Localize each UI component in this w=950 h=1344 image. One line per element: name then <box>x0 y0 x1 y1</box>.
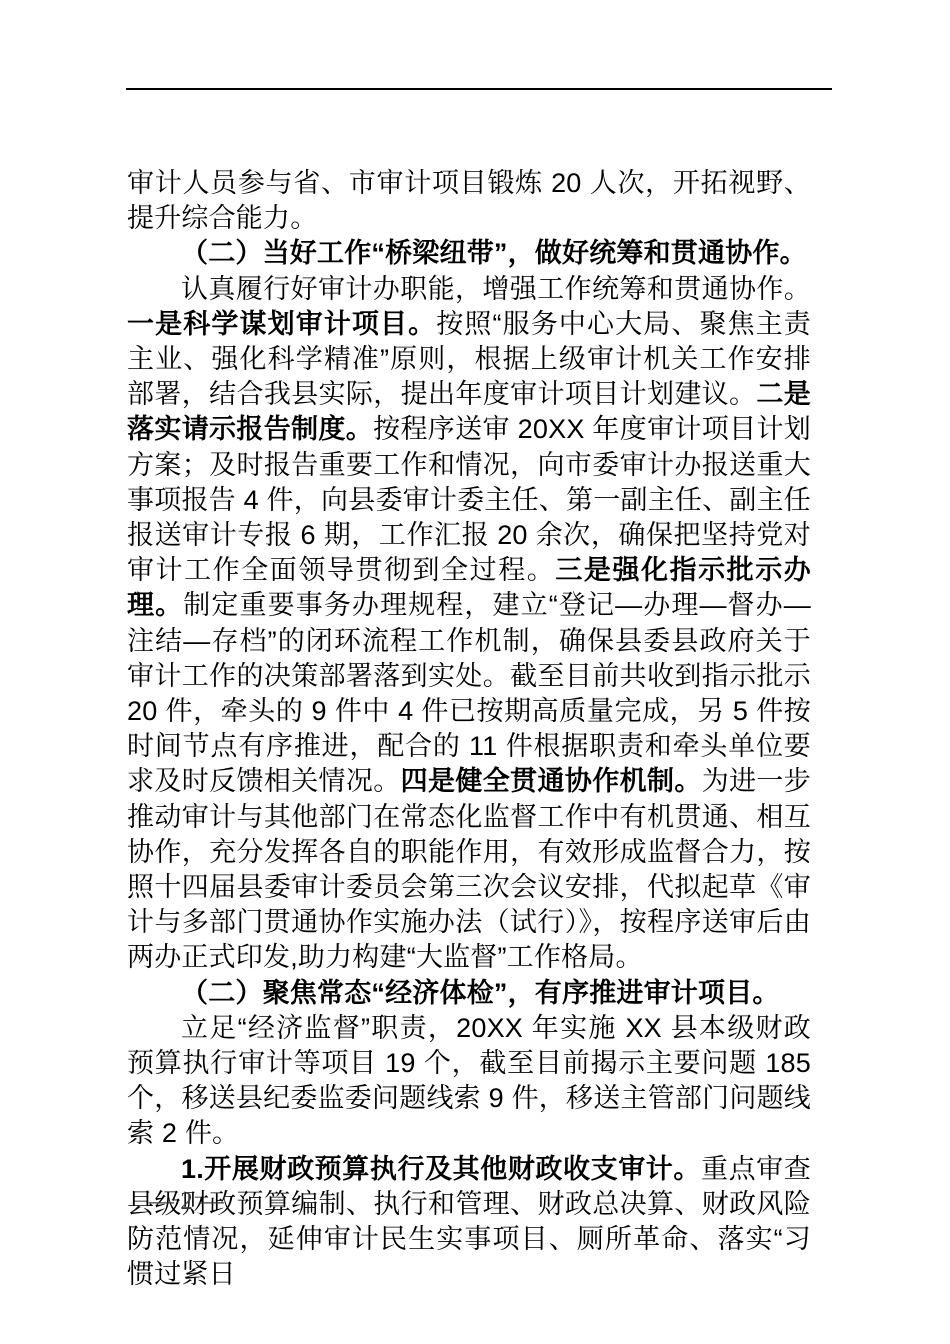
emphasis-text-run: （二）聚焦常态“经济体检”，有序推进审计项目。 <box>181 978 780 1008</box>
text-run: 审计人员参与省、市审计项目锻炼 20 人次，开拓视野、提升综合能力。 <box>127 168 811 233</box>
section-heading: （二）当好工作“桥梁纽带”，做好统筹和贯通协作。 <box>127 236 811 271</box>
emphasis-text-run: 一是科学谋划审计项目。 <box>127 309 436 339</box>
emphasis-text-run: 四是健全贯通协作机制。 <box>401 766 702 796</box>
document-body: 审计人员参与省、市审计项目锻炼 20 人次，开拓视野、提升综合能力。（二）当好工… <box>127 166 811 1293</box>
text-run: 立足“经济监督”职责，20XX 年实施 XX 县本级财政预算执行审计等项目 19… <box>127 1013 811 1149</box>
emphasis-text-run: 1.开展财政预算执行及其他财政收支审计。 <box>181 1154 701 1184</box>
section-heading: （二）聚焦常态“经济体检”，有序推进审计项目。 <box>127 976 811 1011</box>
body-paragraph: 审计人员参与省、市审计项目锻炼 20 人次，开拓视野、提升综合能力。 <box>127 166 811 236</box>
header-divider-line <box>126 88 832 90</box>
body-paragraph: 立足“经济监督”职责，20XX 年实施 XX 县本级财政预算执行审计等项目 19… <box>127 1011 811 1152</box>
document-page: 审计人员参与省、市审计项目锻炼 20 人次，开拓视野、提升综合能力。（二）当好工… <box>0 0 950 1344</box>
body-paragraph: 认真履行好审计办职能，增强工作统筹和贯通协作。一是科学谋划审计项目。按照“服务中… <box>127 272 811 976</box>
text-run: 认真履行好审计办职能，增强工作统筹和贯通协作。 <box>181 274 811 304</box>
body-paragraph: 1.开展财政预算执行及其他财政收支审计。重点审查县级财政预算编制、执行和管理、财… <box>127 1152 811 1293</box>
text-run: 为进一步推动审计与其他部门在常态化监督工作中有机贯通、相互协作，充分发挥各自的职… <box>127 766 811 972</box>
emphasis-text-run: （二）当好工作“桥梁纽带”，做好统筹和贯通协作。 <box>181 238 807 268</box>
page-number: — 2 — <box>149 1188 224 1216</box>
